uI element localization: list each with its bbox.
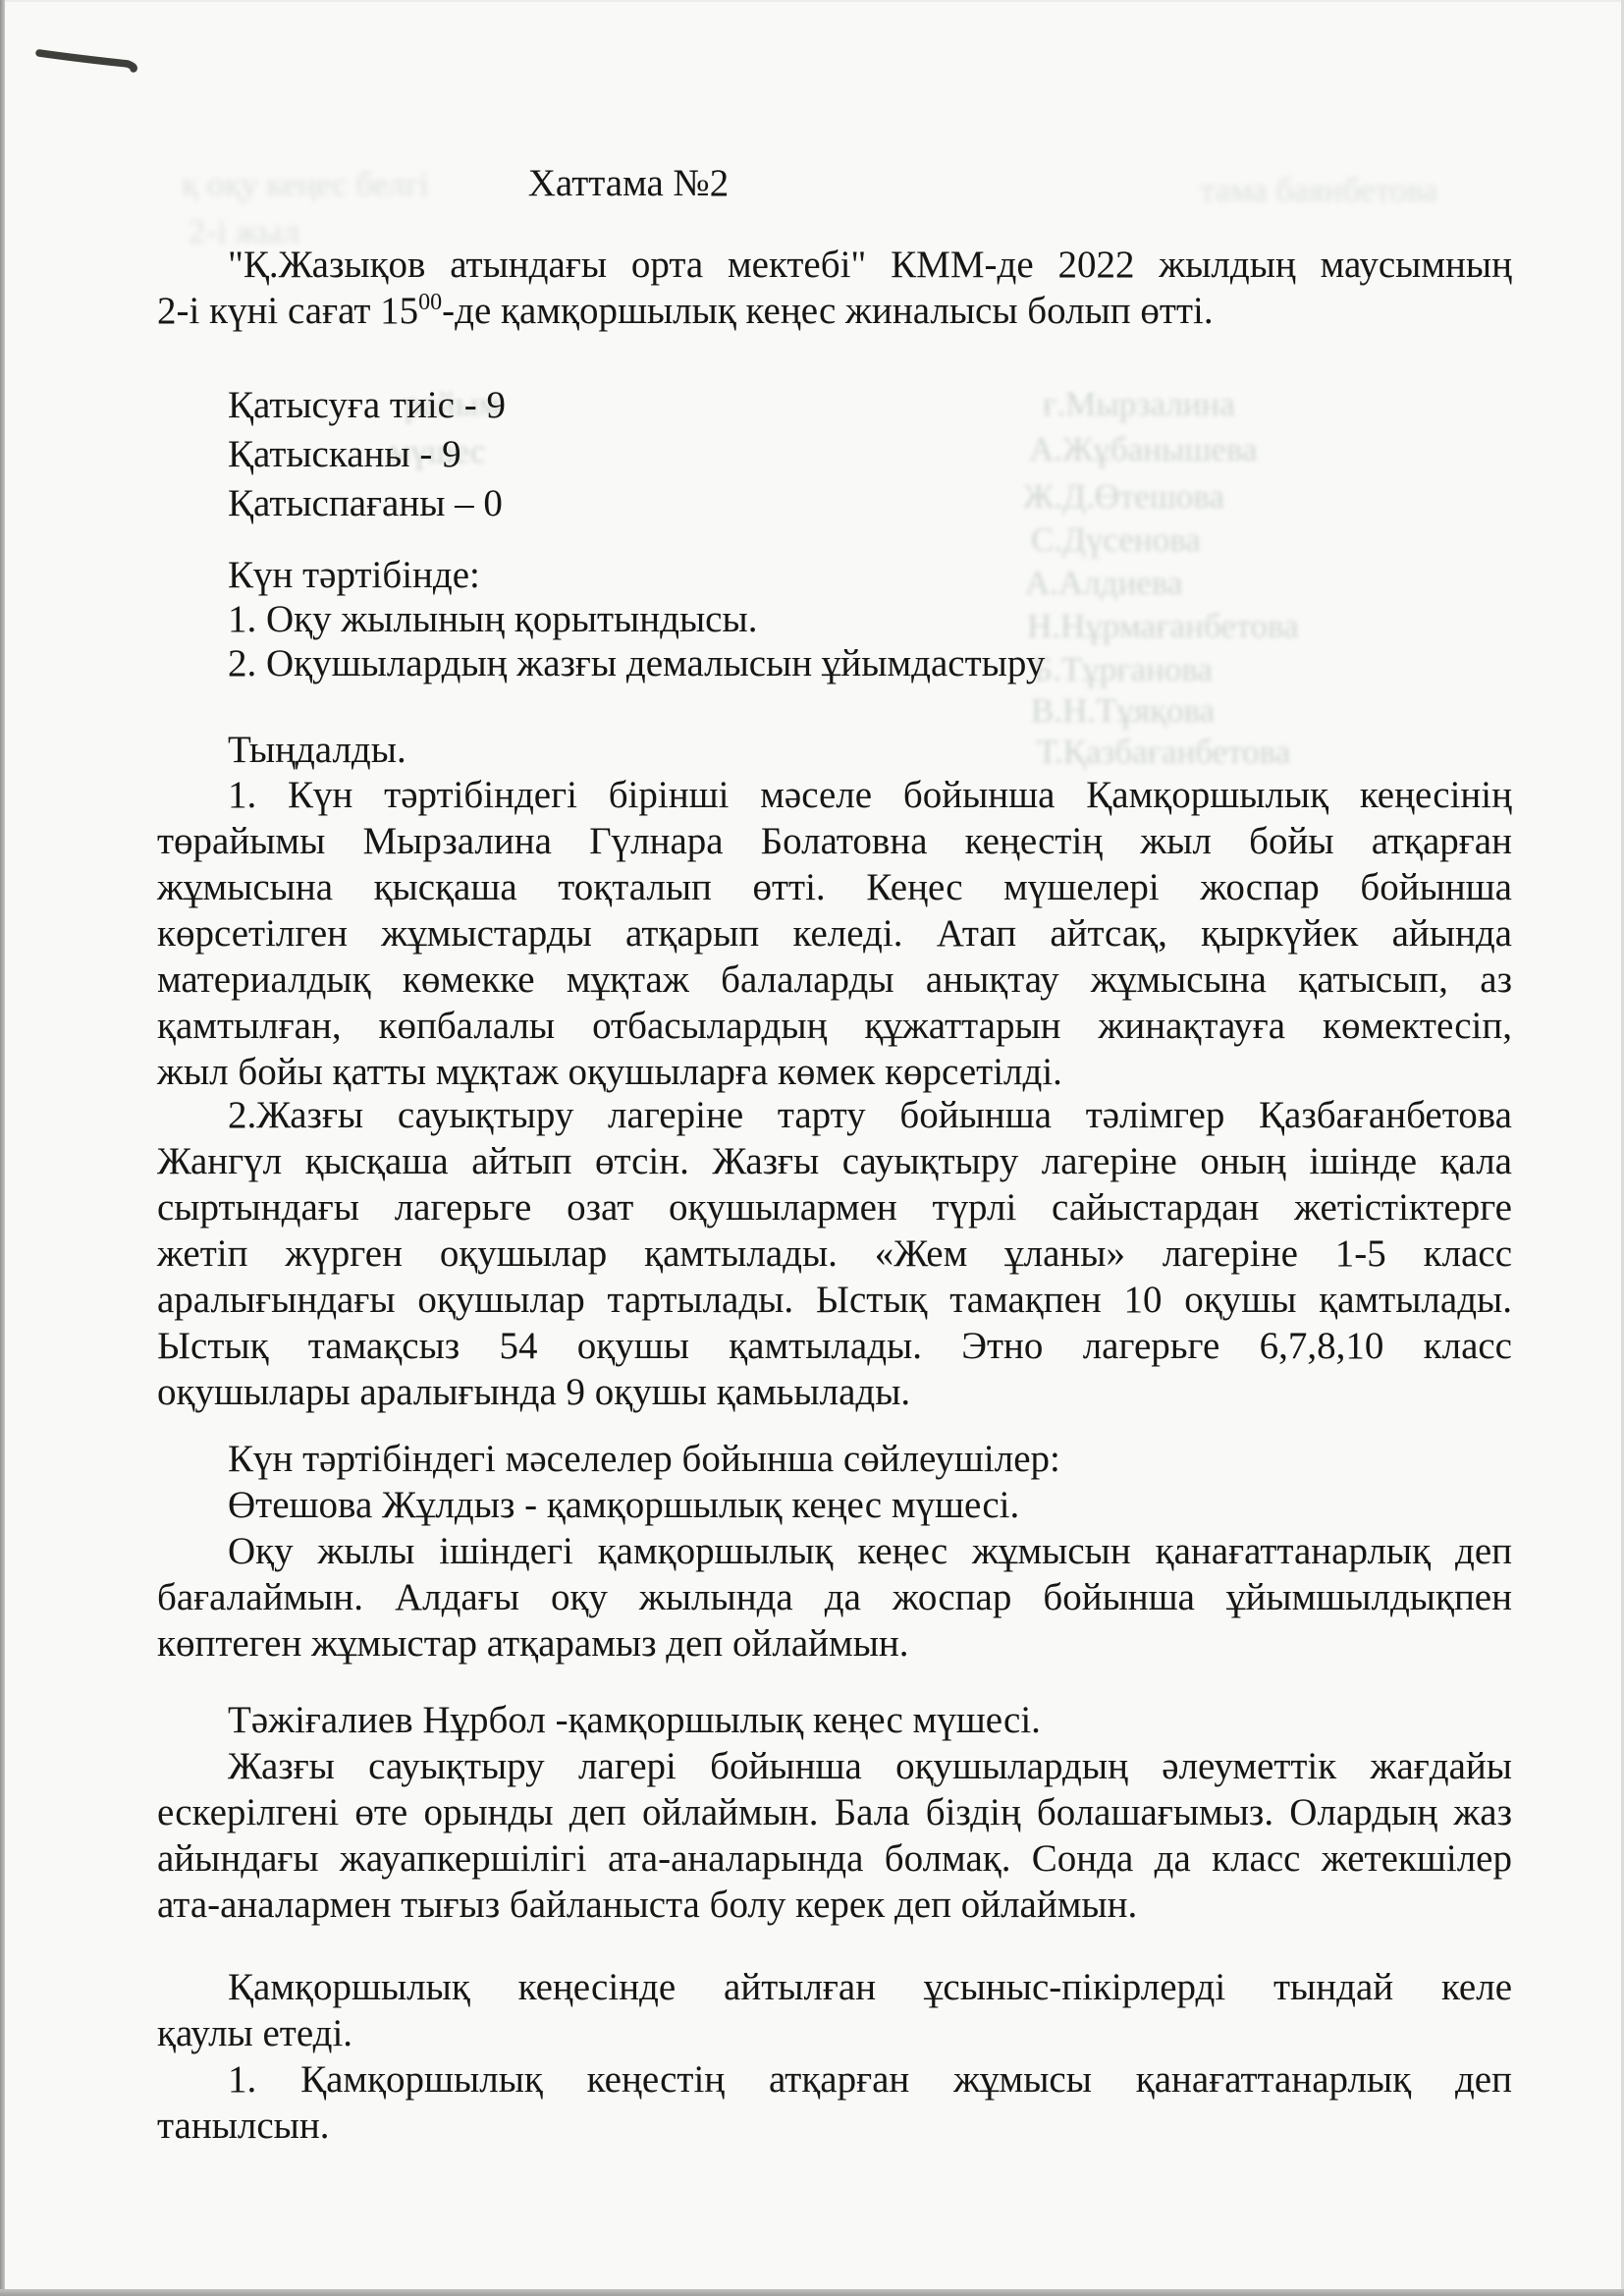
speakers-heading: Күн тәртібіндегі мәселелер бойынша сөйле… [157, 1436, 1512, 1482]
bleedthrough-text: В.Н.Тұяқова [1031, 691, 1215, 731]
paragraph-line: ескерілгені өте орынды деп ойлаймын. Бал… [157, 1789, 1512, 1835]
agenda-heading: Күн тәртібінде: [157, 553, 1512, 597]
agenda-item: 1. Оқу жылының қорытындысы. [157, 597, 1512, 641]
paragraph-line: қамтылған, көпбалалы отбасылардың құжатт… [157, 1003, 1512, 1049]
paragraph-line: жұмысына қысқаша тоқталып өтті. Кеңес мү… [157, 864, 1512, 910]
heard-heading-block: Тыңдалды. [157, 727, 1512, 773]
intro-line2-post: -де қамқоршылық кеңес жиналысы болып өтт… [442, 290, 1213, 332]
scanned-document-page: қ оқу кеңес белгі тама баянбетова 2-і жы… [0, 0, 1624, 2296]
paragraph-line: Қамқоршылық кеңесінде айтылған ұсыныс-пі… [157, 1964, 1512, 2010]
paragraph-line: айындағы жауапкершілігі ата-аналарында б… [157, 1835, 1512, 1882]
intro-line2-pre: 2-і күні сағат 15 [157, 290, 418, 332]
intro-line: 2-і күні сағат 1500-де қамқоршылық кеңес… [157, 288, 1512, 334]
paragraph-line: Жангүл қысқаша айтып өтсін. Жазғы сауықт… [157, 1138, 1512, 1184]
intro-line: "Қ.Жазықов атындағы орта мектебі" КММ-де… [157, 242, 1512, 288]
paragraph-line: ата-аналармен тығыз байланыста болу кере… [157, 1882, 1512, 1928]
speaker2-paragraph: Жазғы сауықтыру лагері бойынша оқушылард… [157, 1743, 1512, 1928]
paragraph-line: көрсетілген жұмыстарды атқарып келеді. А… [157, 910, 1512, 957]
paragraph-line: материалдық көмекке мұқтаж балаларды аны… [157, 957, 1512, 1003]
pen-mark-icon [29, 39, 157, 82]
resolution-paragraph: Қамқоршылық кеңесінде айтылған ұсыныс-пі… [157, 1964, 1512, 2056]
speaker1-name: Өтешова Жұлдыз - қамқоршылық кеңес мүшес… [157, 1482, 1512, 1528]
time-superscript: 00 [418, 290, 442, 315]
speakers-heading-block: Күн тәртібіндегі мәселелер бойынша сөйле… [157, 1436, 1512, 1482]
attendance-attended: Қатысканы - 9 [157, 430, 1512, 479]
heard-heading: Тыңдалды. [157, 727, 1512, 773]
intro-paragraph: "Қ.Жазықов атындағы орта мектебі" КММ-де… [157, 242, 1512, 334]
paragraph-line: 1. Қамқоршылық кеңестің атқарған жұмысы … [157, 2056, 1512, 2103]
agenda-item: 2. Оқушылардың жазғы демалысын ұйымдасты… [157, 641, 1512, 685]
paragraph-line: Ыстық тамақсыз 54 оқушы қамтылады. Этно … [157, 1323, 1512, 1369]
attendance-absent: Қатыспағаны – 0 [157, 479, 1512, 528]
speaker2-name-block: Тәжіғалиев Нұрбол -қамқоршылық кеңес мүш… [157, 1697, 1512, 1743]
bleedthrough-text: тама баянбетова [1200, 171, 1437, 210]
paragraph-line: 2.Жазғы сауықтыру лагеріне тарту бойынша… [157, 1092, 1512, 1138]
agenda-item1-paragraph: 1. Күн тәртібіндегі бірінші мәселе бойын… [157, 772, 1512, 1095]
speaker1-name-block: Өтешова Жұлдыз - қамқоршылық кеңес мүшес… [157, 1482, 1512, 1528]
paragraph-line: Оқу жылы ішіндегі қамқоршылық кеңес жұмы… [157, 1528, 1512, 1574]
paragraph-line: 1. Күн тәртібіндегі бірінші мәселе бойын… [157, 772, 1512, 818]
agenda-block: Күн тәртібінде: 1. Оқу жылының қорытынды… [157, 553, 1512, 685]
agenda-item2-paragraph: 2.Жазғы сауықтыру лагеріне тарту бойынша… [157, 1092, 1512, 1415]
document-title: Хаттама №2 [452, 160, 805, 206]
attendance-required: Қатысуға тиіс - 9 [157, 381, 1512, 430]
paragraph-line: жыл бойы қатты мұқтаж оқушыларға көмек к… [157, 1049, 1512, 1095]
decision-paragraph: 1. Қамқоршылық кеңестің атқарған жұмысы … [157, 2056, 1512, 2149]
paragraph-line: аралығындағы оқушылар тартылады. Ыстық т… [157, 1277, 1512, 1323]
paragraph-line: оқушылары аралығында 9 оқушы қамьылады. [157, 1369, 1512, 1415]
speaker1-paragraph: Оқу жылы ішіндегі қамқоршылық кеңес жұмы… [157, 1528, 1512, 1667]
scan-edge-left [0, 0, 5, 2296]
paragraph-line: жетіп жүрген оқушылар қамтылады. «Жем ұл… [157, 1230, 1512, 1277]
bleedthrough-text: қ оқу кеңес белгі [182, 165, 429, 204]
paragraph-line: танылсын. [157, 2103, 1512, 2149]
scan-edge-bottom [0, 2289, 1624, 2296]
paragraph-line: қаулы етеді. [157, 2010, 1512, 2056]
paragraph-line: бағалаймын. Алдағы оқу жылында да жоспар… [157, 1574, 1512, 1620]
attendance-block: Қатысуға тиіс - 9 Қатысканы - 9 Қатыспағ… [157, 381, 1512, 528]
paragraph-line: сыртындағы лагерьге озат оқушылармен түр… [157, 1184, 1512, 1230]
speaker2-name: Тәжіғалиев Нұрбол -қамқоршылық кеңес мүш… [157, 1697, 1512, 1743]
paragraph-line: төрайымы Мырзалина Гүлнара Болатовна кең… [157, 818, 1512, 864]
paragraph-line: көптеген жұмыстар атқарамыз деп ойлаймын… [157, 1620, 1512, 1667]
scan-edge-top [0, 0, 1624, 2]
paragraph-line: Жазғы сауықтыру лагері бойынша оқушылард… [157, 1743, 1512, 1789]
